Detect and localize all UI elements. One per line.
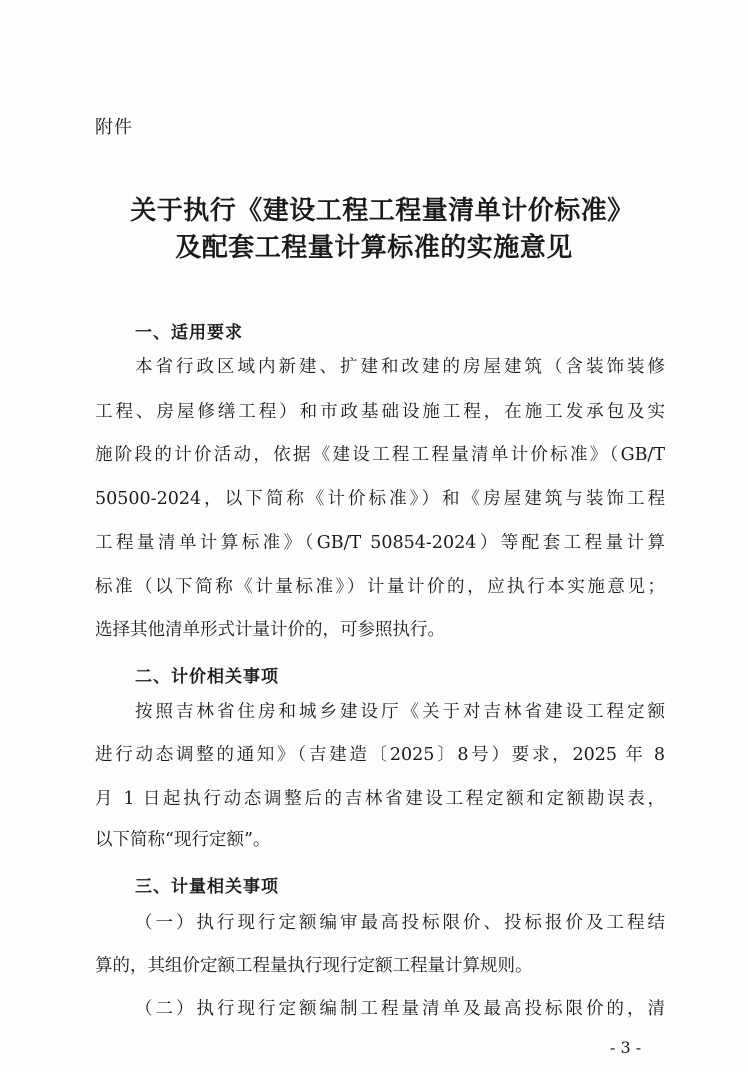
paragraph-line: 标准（以下简称《计量标准》）计量计价的，应执行本实施意见；	[95, 577, 665, 597]
page-number: - 3 -	[610, 1038, 641, 1057]
paragraph-line: （一）执行现行定额编审最高投标限价、投标报价及工程结	[135, 913, 665, 933]
paragraph-line: 工程、房屋修缮工程）和市政基础设施工程，在施工发承包及实	[95, 402, 665, 422]
paragraph-line: 进行动态调整的通知》（吉建造〔2025〕8号）要求，2025 年 8	[95, 745, 665, 765]
paragraph-line: 选择其他清单形式计量计价的，可参照执行。	[95, 620, 665, 640]
attachment-label: 附件	[95, 113, 133, 139]
section-heading-2: 二、计价相关事项	[135, 662, 279, 687]
paragraph-line: 工程量清单计算标准》（GB/T 50854-2024）等配套工程量计算	[95, 533, 665, 553]
paragraph-line: 算的，其组价定额工程量执行现行定额工程量计算规则。	[95, 956, 665, 976]
section-heading-1: 一、适用要求	[135, 318, 243, 343]
paragraph-line: 50500-2024，以下简称《计价标准》）和《房屋建筑与装饰工程	[95, 489, 665, 509]
paragraph-line: 按照吉林省住房和城乡建设厅《关于对吉林省建设工程定额	[135, 702, 665, 722]
document-title-line-2: 及配套工程量计算标准的实施意见	[0, 227, 748, 264]
paragraph-line: 以下简称“现行定额”。	[95, 830, 665, 850]
document-page: 附件 关于执行《建设工程工程量清单计价标准》 及配套工程量计算标准的实施意见 一…	[0, 0, 748, 1072]
paragraph-line: 施阶段的计价活动，依据《建设工程工程量清单计价标准》（GB/T	[95, 445, 665, 465]
paragraph-line: 月 1 日起执行动态调整后的吉林省建设工程定额和定额勘误表，	[95, 789, 665, 809]
paragraph-line: （二）执行现行定额编制工程量清单及最高投标限价的，清	[135, 999, 665, 1019]
section-heading-3: 三、计量相关事项	[135, 872, 279, 897]
paragraph-line: 本省行政区域内新建、扩建和改建的房屋建筑（含装饰装修	[135, 357, 665, 377]
document-title-line-1: 关于执行《建设工程工程量清单计价标准》	[8, 190, 748, 227]
